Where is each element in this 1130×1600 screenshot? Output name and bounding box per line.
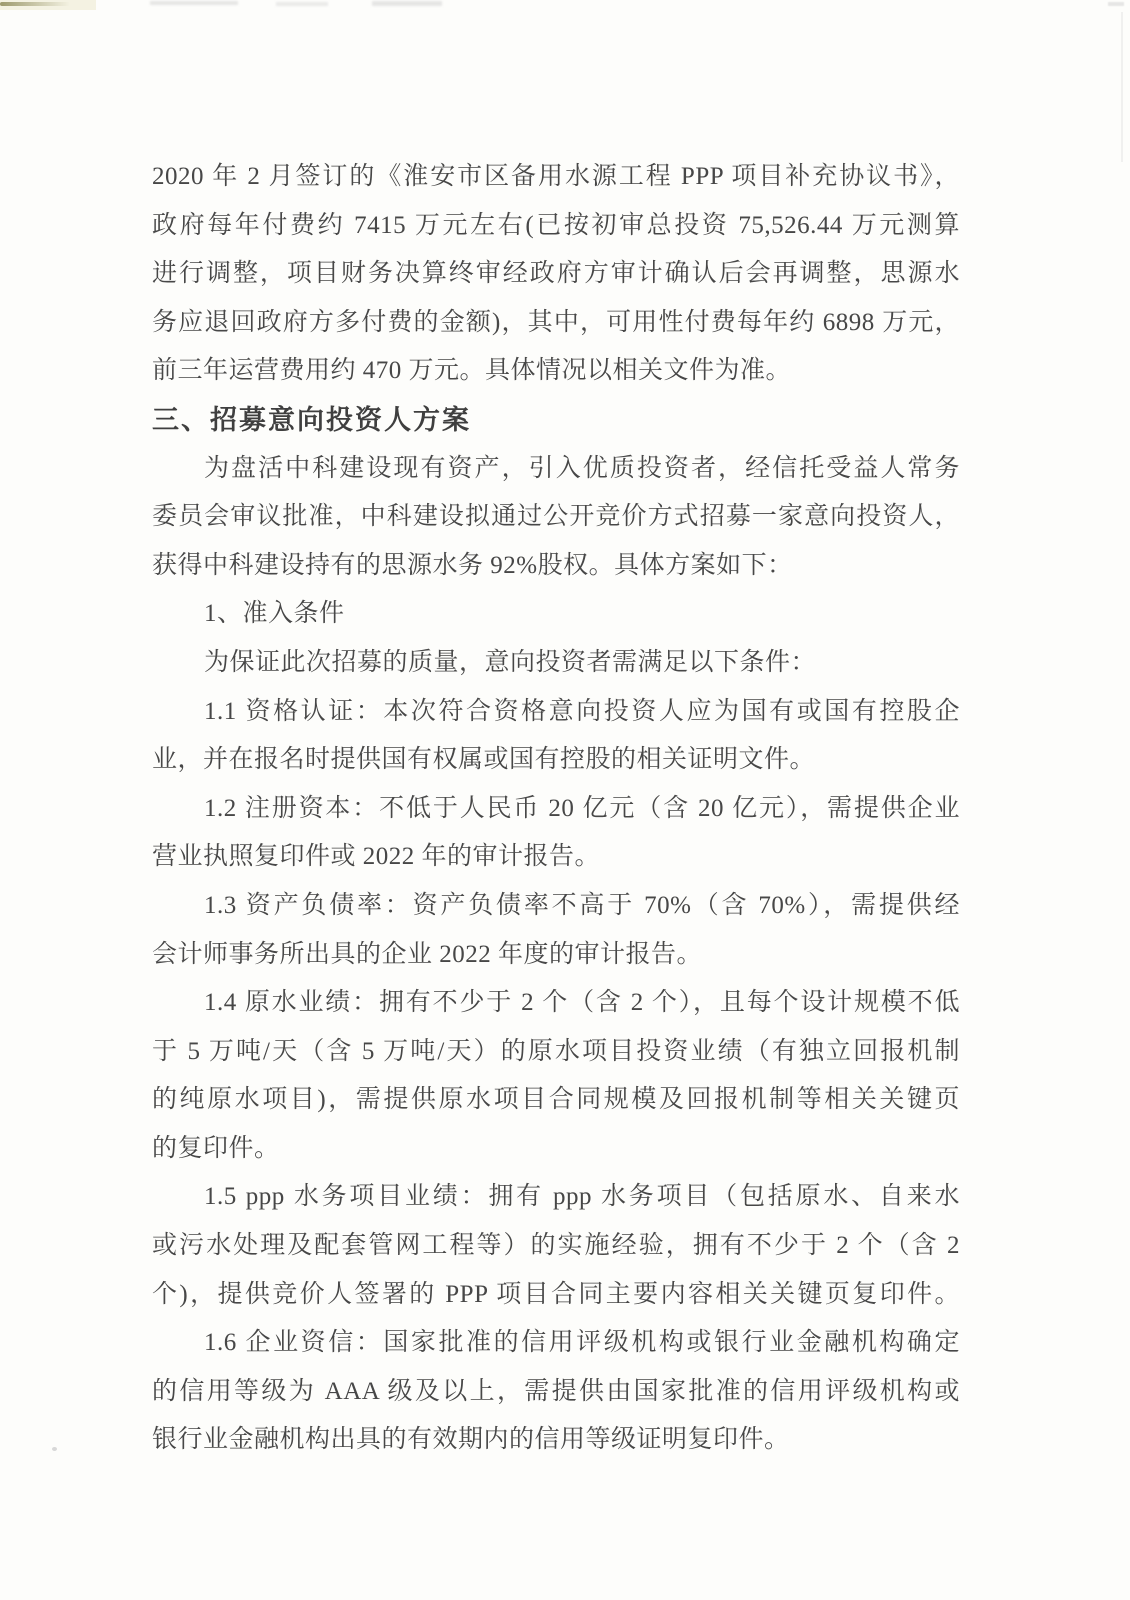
text-line: 为保证此次招募的质量，意向投资者需满足以下条件： — [152, 639, 960, 688]
text-line: 会计师事务所出具的企业 2022 年度的审计报告。 — [152, 931, 960, 980]
text-line: 于 5 万吨/天（含 5 万吨/天）的原水项目投资业绩（有独立回报机制 — [152, 1028, 960, 1077]
scan-artifact-dot — [52, 1447, 57, 1451]
text-line: 的信用等级为 AAA 级及以上，需提供由国家批准的信用评级机构或 — [152, 1368, 960, 1417]
text-line: 的纯原水项目)，需提供原水项目合同规模及回报机制等相关关键页 — [152, 1076, 960, 1125]
scan-artifact-top-dash — [276, 2, 328, 6]
document-body: 2020 年 2 月签订的《淮安市区备用水源工程 PPP 项目补充协议书》，政府… — [152, 153, 960, 1465]
scan-artifact-top-right-mark — [1108, 2, 1124, 6]
text-line: 进行调整，项目财务决算终审经政府方审计确认后会再调整，思源水 — [152, 250, 960, 299]
text-line: 务应退回政府方多付费的金额)，其中，可用性付费每年约 6898 万元， — [152, 299, 960, 348]
text-line: 个)，提供竞价人签署的 PPP 项目合同主要内容相关关键页复印件。 — [152, 1271, 960, 1320]
text-line: 获得中科建设持有的思源水务 92%股权。具体方案如下： — [152, 542, 960, 591]
text-line: 2020 年 2 月签订的《淮安市区备用水源工程 PPP 项目补充协议书》， — [152, 153, 960, 202]
text-line: 前三年运营费用约 470 万元。具体情况以相关文件为准。 — [152, 347, 960, 396]
text-line: 的复印件。 — [152, 1125, 960, 1174]
section-heading: 三、招募意向投资人方案 — [152, 396, 960, 445]
scanned-page: 2020 年 2 月签订的《淮安市区备用水源工程 PPP 项目补充协议书》，政府… — [0, 0, 1130, 1600]
text-line: 或污水处理及配套管网工程等）的实施经验，拥有不少于 2 个（含 2 — [152, 1222, 960, 1271]
scan-artifact-top-dash — [372, 1, 442, 6]
text-line: 1.5 ppp 水务项目业绩：拥有 ppp 水务项目（包括原水、自来水 — [152, 1173, 960, 1222]
text-line: 1.6 企业资信：国家批准的信用评级机构或银行业金融机构确定 — [152, 1319, 960, 1368]
text-line: 1.4 原水业绩：拥有不少于 2 个（含 2 个），且每个设计规模不低 — [152, 979, 960, 1028]
scan-artifact-top-dash — [150, 1, 238, 5]
text-line: 政府每年付费约 7415 万元左右(已按初审总投资 75,526.44 万元测算 — [152, 202, 960, 251]
scan-artifact-right-edge-line — [1121, 12, 1123, 162]
text-line: 1.3 资产负债率：资产负债率不高于 70%（含 70%），需提供经 — [152, 882, 960, 931]
text-line: 1.2 注册资本：不低于人民币 20 亿元（含 20 亿元），需提供企业 — [152, 785, 960, 834]
scan-artifact-topleft-tint — [0, 0, 96, 10]
text-line: 1、准入条件 — [152, 590, 960, 639]
text-line: 业，并在报名时提供国有权属或国有控股的相关证明文件。 — [152, 736, 960, 785]
text-line: 委员会审议批准，中科建设拟通过公开竞价方式招募一家意向投资人， — [152, 493, 960, 542]
text-line: 银行业金融机构出具的有效期内的信用等级证明复印件。 — [152, 1416, 960, 1465]
text-line: 1.1 资格认证：本次符合资格意向投资人应为国有或国有控股企 — [152, 688, 960, 737]
scan-artifact-topleft-streak — [0, 2, 70, 6]
text-line: 为盘活中科建设现有资产，引入优质投资者，经信托受益人常务 — [152, 445, 960, 494]
text-line: 营业执照复印件或 2022 年的审计报告。 — [152, 833, 960, 882]
